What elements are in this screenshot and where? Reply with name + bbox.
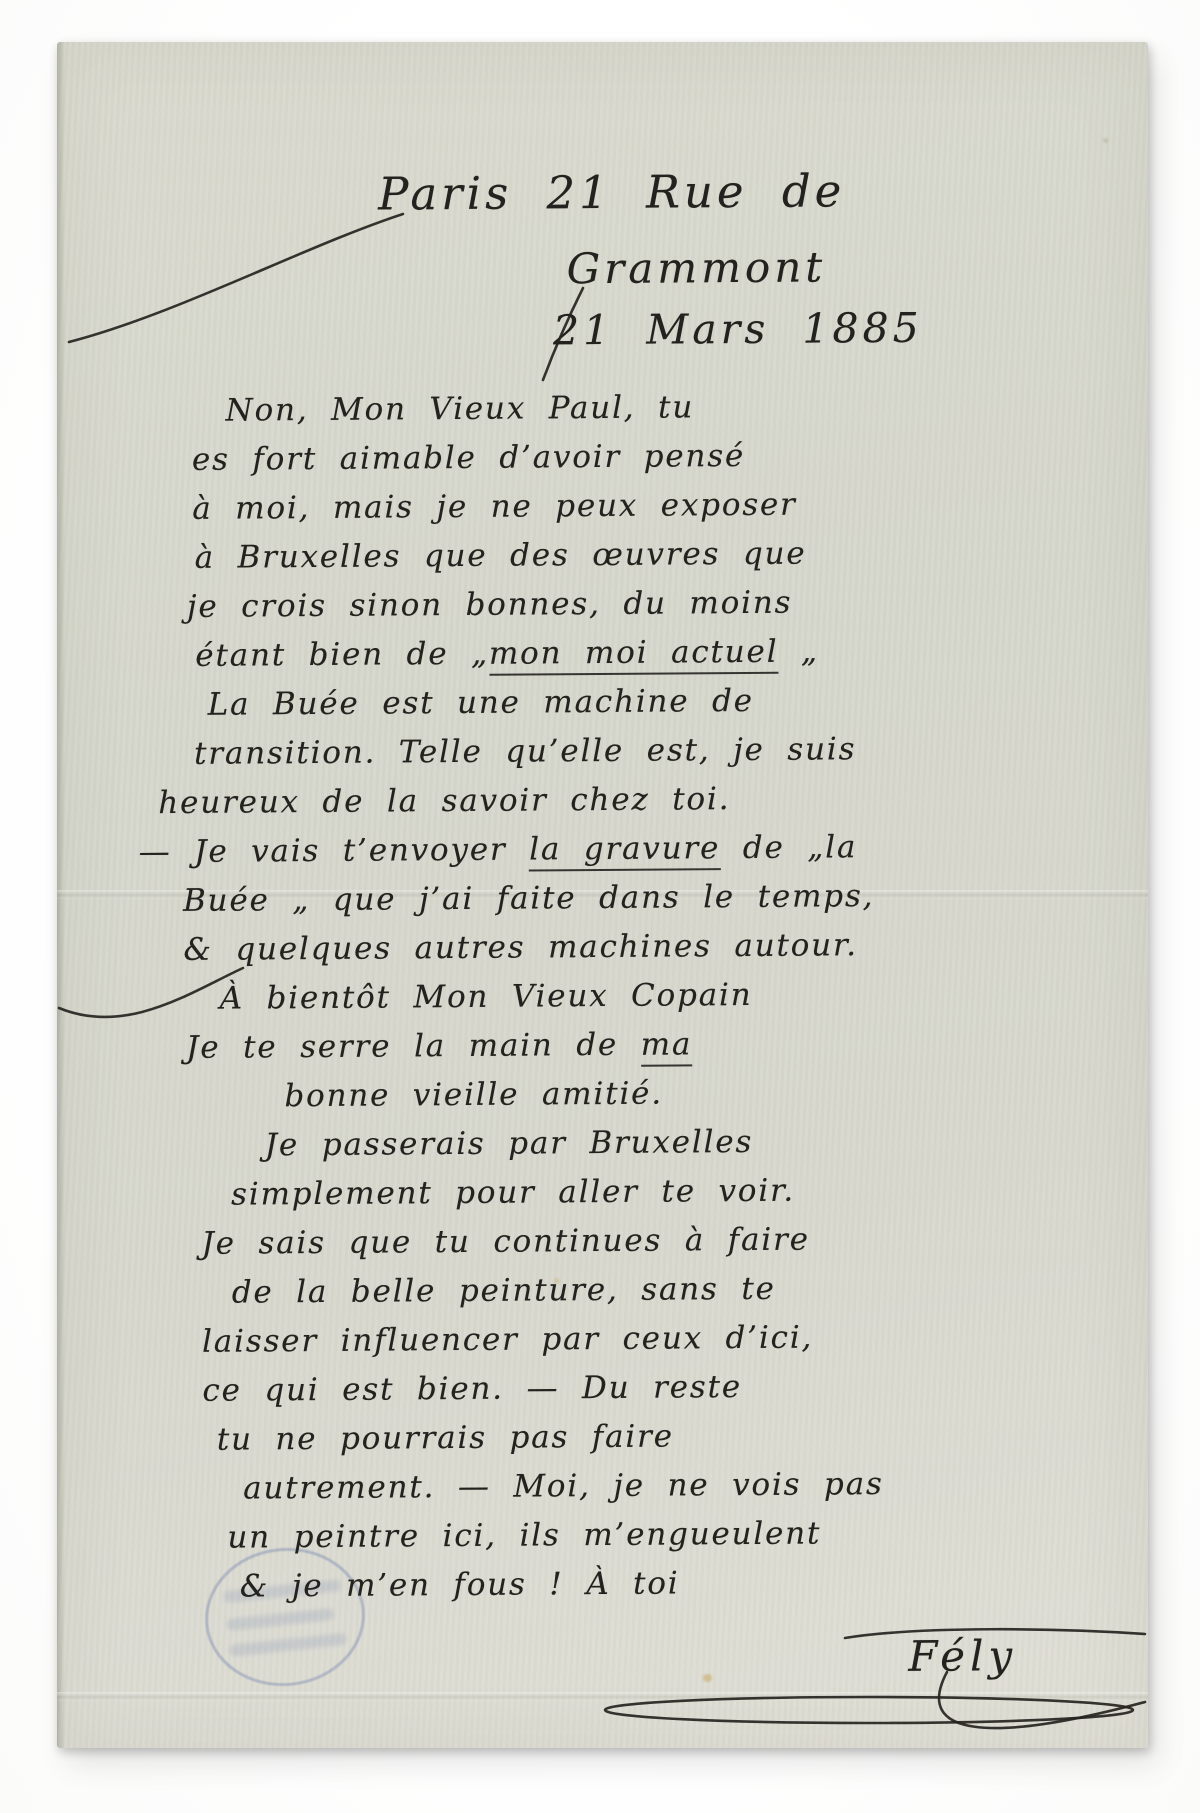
letter-line: — Je vais t’envoyer la gravure de „la [139,822,1117,878]
letter-line: es fort aimable d’avoir pensé [192,430,1114,485]
underlined-phrase: ma [641,1026,693,1066]
letter-line: bonne vieille amitié. [284,1067,1118,1122]
letter-line: étant bien de „mon moi actuel „ [195,626,1115,681]
letter-line: Je te serre la main de ma [186,1018,1118,1074]
letter-line: Non, Mon Vieux Paul, tu [225,381,1113,436]
letter-line: & je m’en fous ! À toi [240,1557,1122,1612]
letter-body: Non, Mon Vieux Paul, tu es fort aimable … [53,381,1122,1613]
letter-line: La Buée est une machine de [208,675,1116,730]
letter-line: À bientôt Mon Vieux Copain [220,969,1118,1024]
letter-line: Buée „ que j’ai faite dans le temps, [183,871,1117,927]
photo-background: Paris 21 Rue de Grammont 21 Mars 1885 No… [0,0,1200,1813]
letter-line: ce qui est bien. — Du reste [202,1361,1120,1416]
letter-line: & quelques autres machines autour. [183,920,1117,976]
letter-paper: Paris 21 Rue de Grammont 21 Mars 1885 No… [57,42,1148,1748]
letter-line: laisser influencer par ceux d’ici, [202,1312,1120,1367]
line-text: „ [778,633,819,669]
letter-line: heureux de la savoir chez toi. [158,773,1116,829]
dateline-date: 21 Mars 1885 [553,304,923,355]
letter-content: Paris 21 Rue de Grammont 21 Mars 1885 No… [51,38,1154,1752]
letter-line: un peintre ici, ils m’engueulent [227,1508,1121,1563]
letter-line: Je passerais par Bruxelles [265,1116,1119,1171]
line-text: de „la [720,829,857,866]
dateline-street: Grammont [566,242,826,293]
letter-line: je crois sinon bonnes, du moins [187,577,1115,632]
letter-line: à moi, mais je ne peux exposer [192,479,1114,534]
letter-line: Je sais que tu continues à faire [201,1214,1119,1269]
letter-line: autrement. — Moi, je ne vois pas [243,1459,1121,1514]
letter-line: à Bruxelles que des œuvres que [194,528,1114,583]
line-text: — Je vais t’envoyer [139,832,530,871]
letter-line: tu ne pourrais pas faire [217,1410,1121,1465]
line-text: étant bien de „ [195,636,489,674]
underlined-phrase: la gravure [529,830,720,871]
letter-line: transition. Telle qu’elle est, je suis [194,724,1116,779]
dateline-city-street: Paris 21 Rue de [378,164,846,220]
letter-line: de la belle peinture, sans te [232,1263,1120,1318]
letter-line: simplement pour aller te voir. [231,1165,1119,1220]
underlined-phrase: mon moi actuel [489,634,779,676]
signature: Fély [908,1631,1017,1681]
line-text: Je te serre la main de [186,1027,641,1066]
